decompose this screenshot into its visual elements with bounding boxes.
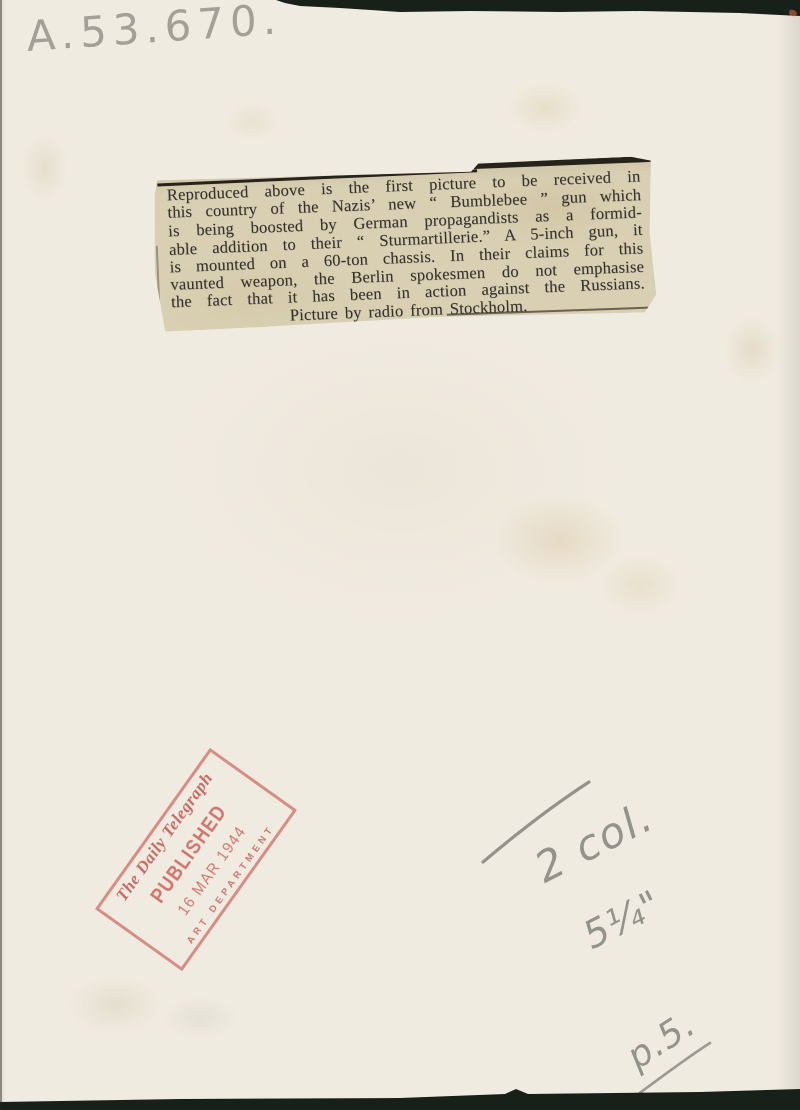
pencil-note-columns: 2 col.: [527, 792, 661, 893]
pencil-note-page: p.5.: [620, 1004, 703, 1078]
publication-date-stamp: The Daily Telegraph PUBLISHED 16 MAR 194…: [95, 748, 297, 971]
newspaper-clipping: Reproduced above is the first picture to…: [151, 156, 657, 332]
clipping-caption-text: Reproduced above is the first picture to…: [166, 167, 645, 329]
photo-bottom-edge: [0, 1085, 800, 1110]
pencil-note-size: 5¼": [576, 881, 669, 957]
archive-reference-number: A.53.670.: [26, 0, 283, 61]
clipping-left-edge-line: [156, 246, 161, 329]
pencil-strokes: [0, 0, 800, 1110]
photo-back: A.53.670. Reproduced above is the first …: [0, 0, 800, 1110]
photo-left-edge: [0, 0, 2, 1110]
